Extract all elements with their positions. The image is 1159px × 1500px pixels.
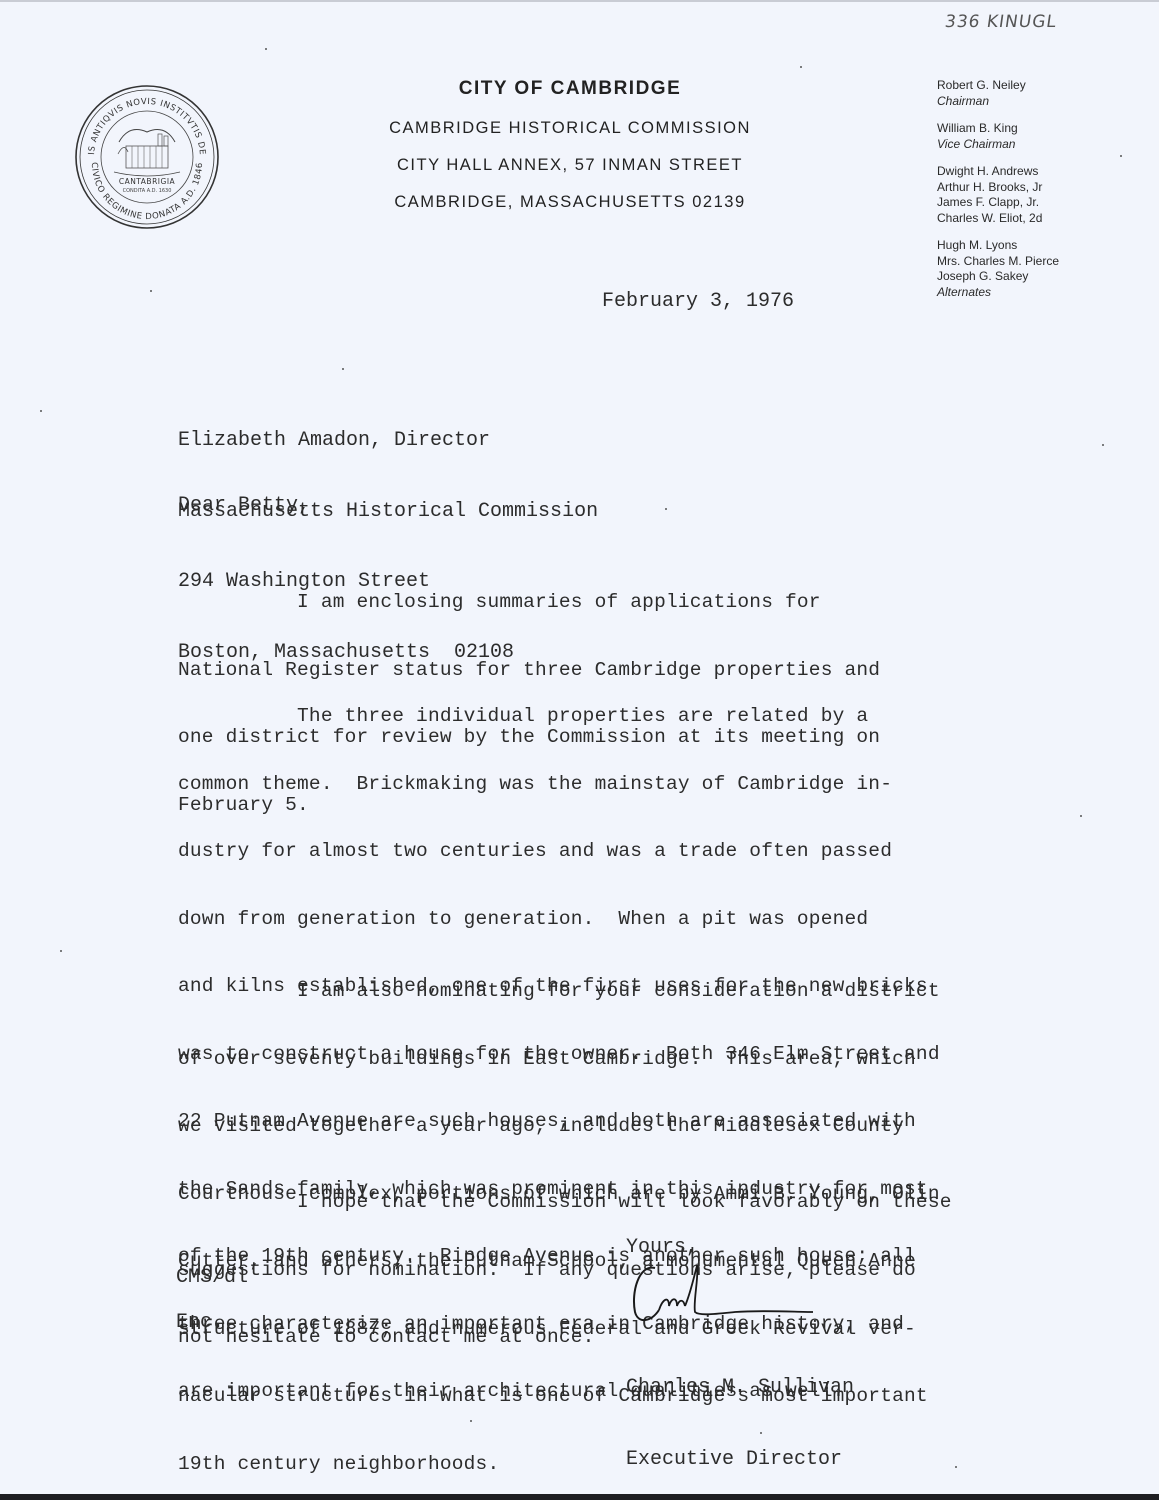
scan-speck: [1102, 444, 1104, 446]
paragraph-line: I am enclosing summaries of applications…: [178, 591, 880, 614]
svg-text:CANTABRIGIA: CANTABRIGIA: [119, 177, 176, 186]
paragraph-line: dustry for almost two centuries and was …: [178, 840, 940, 863]
paragraph-line: The three individual properties are rela…: [178, 705, 940, 728]
signer-block: Charles M. Sullivan Executive Director: [626, 1328, 854, 1496]
member-name: Robert G. Neiley: [937, 78, 1059, 94]
letterhead-address-line2: CAMBRIDGE, MASSACHUSETTS 02139: [340, 193, 800, 216]
recipient-line: Elizabeth Amadon, Director: [178, 429, 598, 453]
scan-speck: [40, 410, 42, 412]
paragraph-line: down from generation to generation. When…: [178, 908, 940, 931]
member-name: Charles W. Eliot, 2d: [937, 211, 1059, 227]
letter-date: February 3, 1976: [602, 290, 794, 313]
scan-speck: [150, 290, 152, 292]
member-role: Vice Chairman: [937, 137, 1059, 153]
letterhead: CITY OF CAMBRIDGE CAMBRIDGE HISTORICAL C…: [340, 78, 800, 230]
member-name: Joseph G. Sakey: [937, 269, 1059, 285]
salutation: Dear Betty,: [178, 494, 310, 517]
commission-members-list: Robert G. Neiley Chairman William B. Kin…: [937, 78, 1059, 312]
member-group-vice-chairman: William B. King Vice Chairman: [937, 121, 1059, 152]
scan-speck: [1120, 155, 1122, 157]
enclosure-notation: Enc.: [176, 1311, 224, 1334]
member-group-members: Dwight H. Andrews Arthur H. Brooks, Jr J…: [937, 164, 1059, 226]
handwritten-file-note: 336 KINUGL: [944, 12, 1059, 32]
scan-top-edge: [0, 0, 1159, 2]
paragraph-line: I am also nominating for your considerat…: [178, 980, 940, 1003]
member-group-alternates: Hugh M. Lyons Mrs. Charles M. Pierce Jos…: [937, 238, 1059, 300]
scan-speck: [665, 508, 667, 510]
paragraph-line: suggestions for nomination. If any quest…: [178, 1259, 952, 1282]
scan-speck: [265, 48, 267, 50]
paragraph-line: I hope that the Commission will look fav…: [178, 1191, 952, 1214]
member-name: Mrs. Charles M. Pierce: [937, 254, 1059, 270]
scan-bottom-edge: [0, 1494, 1159, 1500]
scan-speck: [470, 1420, 472, 1422]
handwritten-signature-icon: [625, 1262, 820, 1328]
member-role: Alternates: [937, 285, 1059, 301]
member-name: Hugh M. Lyons: [937, 238, 1059, 254]
member-name: James F. Clapp, Jr.: [937, 195, 1059, 211]
member-group-chairman: Robert G. Neiley Chairman: [937, 78, 1059, 109]
letterhead-commission: CAMBRIDGE HISTORICAL COMMISSION: [340, 119, 800, 142]
paragraph-line: we visited together a year ago, includes…: [178, 1115, 940, 1138]
member-role: Chairman: [937, 94, 1059, 110]
scan-speck: [342, 368, 344, 370]
scan-speck: [60, 950, 62, 952]
letterhead-city: CITY OF CAMBRIDGE: [340, 78, 800, 105]
signer-title: Executive Director: [626, 1448, 854, 1472]
typist-initials: CMS/dl: [176, 1266, 248, 1289]
city-seal-icon: LITERIS ANTIQVIS NOVIS INSTITVTIS DECORA…: [74, 84, 220, 230]
letterhead-address-line1: CITY HALL ANNEX, 57 INMAN STREET: [340, 156, 800, 179]
paragraph-line: common theme. Brickmaking was the mainst…: [178, 773, 940, 796]
paragraph-line: of over seventy buildings in East Cambri…: [178, 1048, 940, 1071]
scan-speck: [760, 1432, 762, 1434]
member-name: William B. King: [937, 121, 1059, 137]
scan-speck: [800, 66, 802, 68]
scan-speck: [955, 1466, 957, 1468]
signer-name: Charles M. Sullivan: [626, 1376, 854, 1400]
member-name: Arthur H. Brooks, Jr: [937, 180, 1059, 196]
svg-text:CONDITA A.D. 1630: CONDITA A.D. 1630: [123, 188, 172, 194]
closing: Yours,: [626, 1236, 698, 1259]
svg-text:LITERIS ANTIQVIS NOVIS INSTITV: LITERIS ANTIQVIS NOVIS INSTITVTIS DECORA: [74, 84, 207, 156]
scan-speck: [1080, 815, 1082, 817]
member-name: Dwight H. Andrews: [937, 164, 1059, 180]
